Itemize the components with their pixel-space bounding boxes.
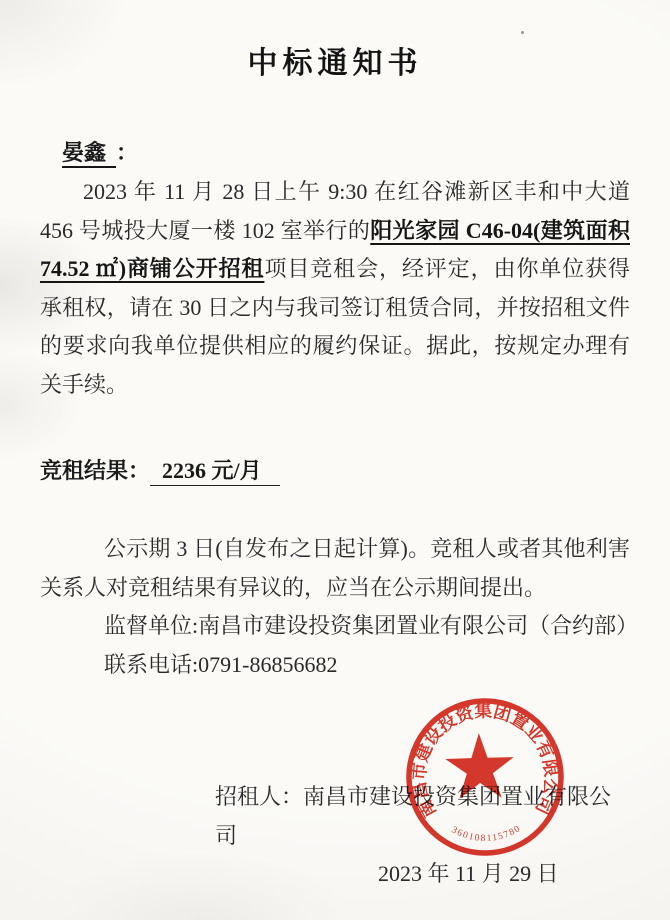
red-star-icon (445, 732, 515, 799)
recipient-line: 晏鑫： (40, 134, 652, 173)
contact-phone-line: 联系电话:0791-86856682 (40, 646, 630, 685)
recipient-name: 晏鑫 (62, 140, 116, 168)
document-title: 中标通知书 (0, 38, 670, 82)
company-seal: 南昌市建设投资集团置业有限公司 360108115780 (398, 690, 574, 866)
public-notice-paragraph: 公示期 3 日(自发布之日起计算)。竞租人或者其他利害关系人对竞租结果有异议的，… (40, 530, 630, 607)
recipient-colon: ： (116, 140, 138, 165)
bid-result-line: 竞租结果：2236 元/月 (40, 452, 630, 491)
scanned-document-page: 中标通知书 晏鑫： 2023 年 11 月 28 日上午 9:30 在红谷滩新区… (0, 0, 670, 920)
bid-result-label: 竞租结果： (40, 458, 150, 483)
body-paragraph: 2023 年 11 月 28 日上午 9:30 在红谷滩新区丰和中大道 456 … (40, 173, 630, 404)
seal-serial-text: 360108115780 (449, 823, 523, 845)
bid-result-value: 2236 元/月 (150, 458, 280, 486)
public-notice-block: 公示期 3 日(自发布之日起计算)。竞租人或者其他利害关系人对竞租结果有异议的，… (40, 530, 630, 684)
scan-speck (521, 31, 524, 34)
supervisor-line: 监督单位:南昌市建设投资集团置业有限公司（合约部） (40, 607, 630, 646)
